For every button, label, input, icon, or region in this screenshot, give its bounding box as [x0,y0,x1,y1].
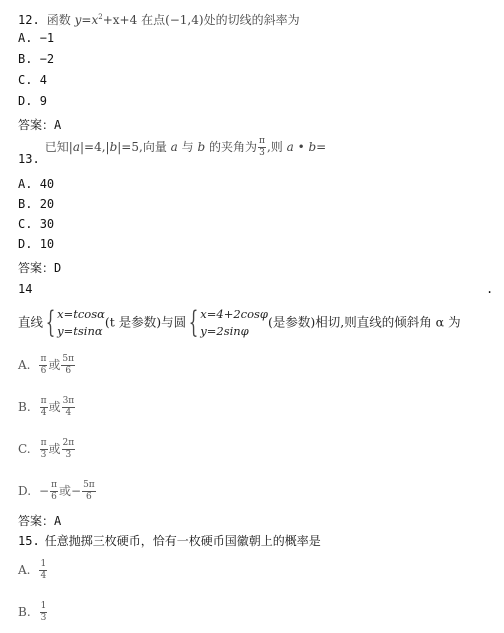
answer-line: 答案：A [18,510,61,529]
option-a: A.π6或5π6 [18,350,76,380]
option-b: B.13 [18,598,48,626]
stem-text: 函数 [47,13,71,27]
question-13-stem: 13. 已知|a|=4,|b|=5,向量 a 与 b 的夹角为π3,则 a • … [18,138,326,166]
option-c: C. 30 [18,217,54,231]
option-d: D.−π6或−5π6 [18,476,97,506]
answer-label: 答案： [18,118,54,132]
option-c: C.π3或2π3 [18,434,76,464]
left-brace: { [189,308,199,338]
answer-line: 答案：D [18,257,61,276]
question-number: 13. [18,152,40,166]
option-a: A. −1 [18,31,54,45]
option-a: A.14 [18,556,48,584]
stem-text: 任意抛掷三枚硬币，恰有一枚硬币国徽朝上的概率是 [45,534,321,548]
answer-value: A [54,514,61,528]
answer-line: 答案：A [18,114,61,133]
question-number: 15. [18,534,40,548]
fraction: 13 [40,602,48,623]
left-brace: { [46,308,56,338]
fraction: π6 [50,481,58,502]
fraction: π3 [40,439,48,460]
fraction: π6 [39,355,47,376]
question-number: 14 [18,282,32,296]
question-12-stem: 12. 函数 y=x2+x+4 在点(−1,4)处的切线的斜率为 [18,8,300,26]
option-d: D. 9 [18,94,47,108]
option-d: D. 10 [18,237,54,251]
answer-label: 答案： [18,514,54,528]
circle-equation-system: x=4+2cosφy=2sinφ [200,306,268,339]
answer-label: 答案： [18,261,54,275]
fraction: π4 [40,397,48,418]
option-b: B. 20 [18,197,54,211]
line-equation-system: x=tcosαy=tsinα [57,306,105,339]
option-b: B.π4或3π4 [18,392,76,422]
fraction: 14 [39,560,47,581]
fraction: 3π4 [62,397,76,418]
option-b: B. −2 [18,52,54,66]
trailing-dot: . [486,282,493,296]
question-number: 12. [18,13,40,27]
question-14-stem: 直线{x=tcosαy=tsinα(t 是参数)与圆{x=4+2cosφy=2s… [18,302,461,342]
fraction: 5π6 [82,481,96,502]
question-15-stem: 15. 任意抛掷三枚硬币，恰有一枚硬币国徽朝上的概率是 [18,530,321,549]
option-c: C. 4 [18,73,47,87]
option-a: A. 40 [18,177,54,191]
fraction: 2π3 [62,439,76,460]
fraction: 5π6 [61,355,75,376]
fraction: π3 [258,137,266,158]
answer-value: A [54,118,61,132]
answer-value: D [54,261,61,275]
